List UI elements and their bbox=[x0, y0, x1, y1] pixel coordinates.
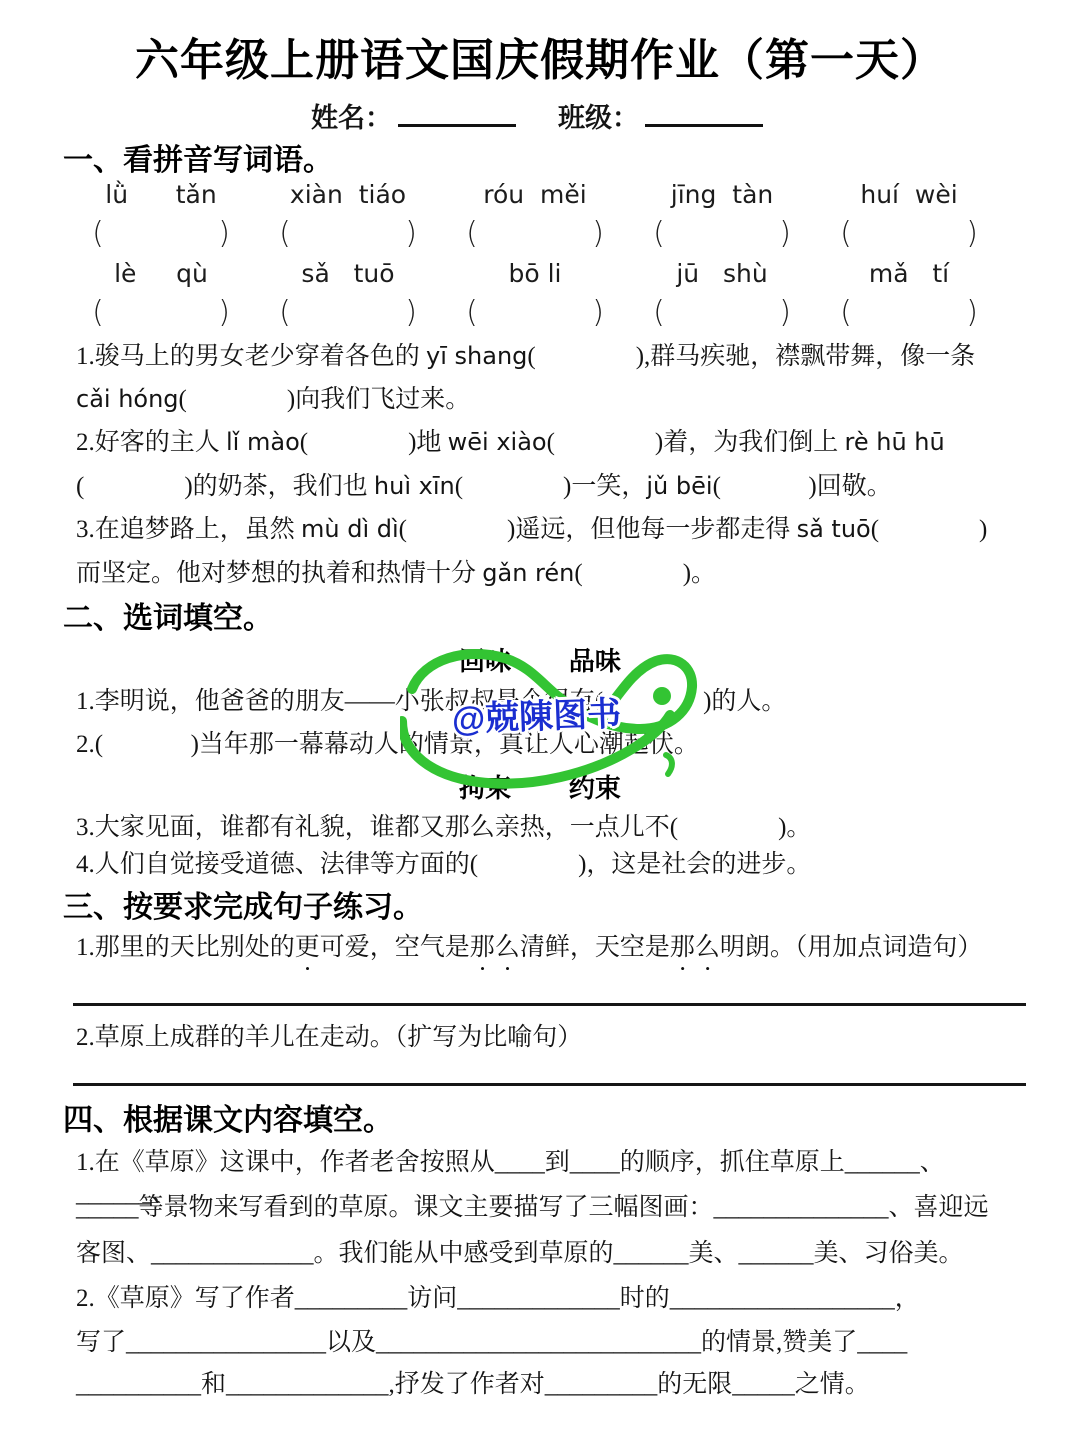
answer-line[interactable] bbox=[73, 1083, 1026, 1086]
answer-paren[interactable]: ( ) bbox=[88, 293, 234, 333]
word-bank-2: 拘束 约束 bbox=[0, 772, 1080, 804]
pinyin-item: jū shù bbox=[649, 259, 795, 289]
question-line: 1.骏马上的男女老少穿着各色的 yī shang( ),群马疾驰，襟飘带舞，像一… bbox=[76, 341, 1022, 372]
paren-row-2: ( ) ( ) ( ) ( ) ( ) bbox=[88, 293, 982, 333]
pinyin-item: lè qù bbox=[88, 259, 234, 289]
pinyin-item: bō li bbox=[462, 259, 608, 289]
answer-paren[interactable]: ( ) bbox=[836, 293, 982, 333]
paren-row-1: ( ) ( ) ( ) ( ) ( ) bbox=[88, 214, 982, 254]
pinyin-item: sǎ tuō bbox=[275, 259, 421, 289]
section-4-heading: 四、根据课文内容填空。 bbox=[63, 1103, 1022, 1139]
question-line: _____等景物来写看到的草原。课文主要描写了三幅图画：____________… bbox=[76, 1192, 1022, 1223]
answer-paren[interactable]: ( ) bbox=[836, 214, 982, 254]
question-line: ( )的奶茶，我们也 huì xīn( )一笑，jǔ bēi( )回敬。 bbox=[76, 471, 1022, 502]
question-line: __________和_____________,抒发了作者对_________… bbox=[76, 1369, 1022, 1400]
answer-paren[interactable]: ( ) bbox=[88, 214, 234, 254]
question-line: 1.那里的天比别处的更可爱，空气是那么清鲜，天空是那么明朗。（用加点词造句） bbox=[76, 932, 1022, 976]
answer-paren[interactable]: ( ) bbox=[649, 293, 795, 333]
answer-paren[interactable]: ( ) bbox=[275, 293, 421, 333]
question-line: 2.《草原》写了作者_________访问_____________时的____… bbox=[76, 1283, 1022, 1314]
question-line: 3.大家见面，谁都有礼貌，谁都又那么亲热，一点儿不( )。 bbox=[76, 812, 1022, 843]
question-line: 客图、_____________。我们能从中感受到草原的______美、____… bbox=[76, 1238, 1022, 1269]
worksheet-page: 六年级上册语文国庆假期作业（第一天） 姓名：班级： 一、看拼音写词语。 lǜ t… bbox=[0, 0, 1080, 1440]
pinyin-row-2: lè qù sǎ tuō bō li jū shù mǎ tí bbox=[88, 259, 982, 289]
question-line: 1.李明说，他爸爸的朋友——小张叔叔是个很有( )的人。 bbox=[76, 686, 1022, 717]
question-line: 写了________________以及____________________… bbox=[76, 1327, 1022, 1358]
name-blank[interactable] bbox=[398, 100, 516, 127]
answer-paren[interactable]: ( ) bbox=[462, 214, 608, 254]
class-blank[interactable] bbox=[645, 100, 763, 127]
question-line: cǎi hóng( )向我们飞过来。 bbox=[76, 384, 1022, 415]
question-line: 4.人们自觉接受道德、法律等方面的( )，这是社会的进步。 bbox=[76, 849, 1022, 880]
page-title: 六年级上册语文国庆假期作业（第一天） bbox=[0, 33, 1080, 89]
section-2-heading: 二、选词填空。 bbox=[63, 601, 1022, 637]
question-line: 而坚定。他对梦想的执着和热情十分 gǎn rén( )。 bbox=[76, 558, 1022, 589]
class-label: 班级： bbox=[558, 103, 639, 133]
pinyin-item: xiàn tiáo bbox=[275, 180, 421, 210]
section-3-heading: 三、按要求完成句子练习。 bbox=[63, 890, 1022, 926]
answer-line[interactable] bbox=[73, 1003, 1026, 1006]
pinyin-item: huí wèi bbox=[836, 180, 982, 210]
answer-paren[interactable]: ( ) bbox=[649, 214, 795, 254]
pinyin-item: jīng tàn bbox=[649, 180, 795, 210]
pinyin-item: mǎ tí bbox=[836, 259, 982, 289]
name-class-line: 姓名：班级： bbox=[0, 100, 1080, 136]
question-line: 2.草原上成群的羊儿在走动。（扩写为比喻句） bbox=[76, 1022, 1022, 1053]
question-line: 3.在追梦路上，虽然 mù dì dì( )遥远，但他每一步都走得 sǎ tuō… bbox=[76, 514, 1022, 545]
pinyin-item: róu měi bbox=[462, 180, 608, 210]
pinyin-row-1: lǜ tǎn xiàn tiáo róu měi jīng tàn huí wè… bbox=[88, 180, 982, 210]
answer-paren[interactable]: ( ) bbox=[275, 214, 421, 254]
pinyin-item: lǜ tǎn bbox=[88, 180, 234, 210]
question-line: 2.( )当年那一幕幕动人的情景，真让人心潮起伏。 bbox=[76, 729, 1022, 760]
question-line: 2.好客的主人 lǐ mào( )地 wēi xiào( )着，为我们倒上 rè… bbox=[76, 427, 1022, 458]
name-label: 姓名： bbox=[311, 103, 392, 133]
word-bank-1: 回味 品味 bbox=[0, 645, 1080, 677]
section-1-heading: 一、看拼音写词语。 bbox=[63, 143, 1022, 179]
answer-paren[interactable]: ( ) bbox=[462, 293, 608, 333]
